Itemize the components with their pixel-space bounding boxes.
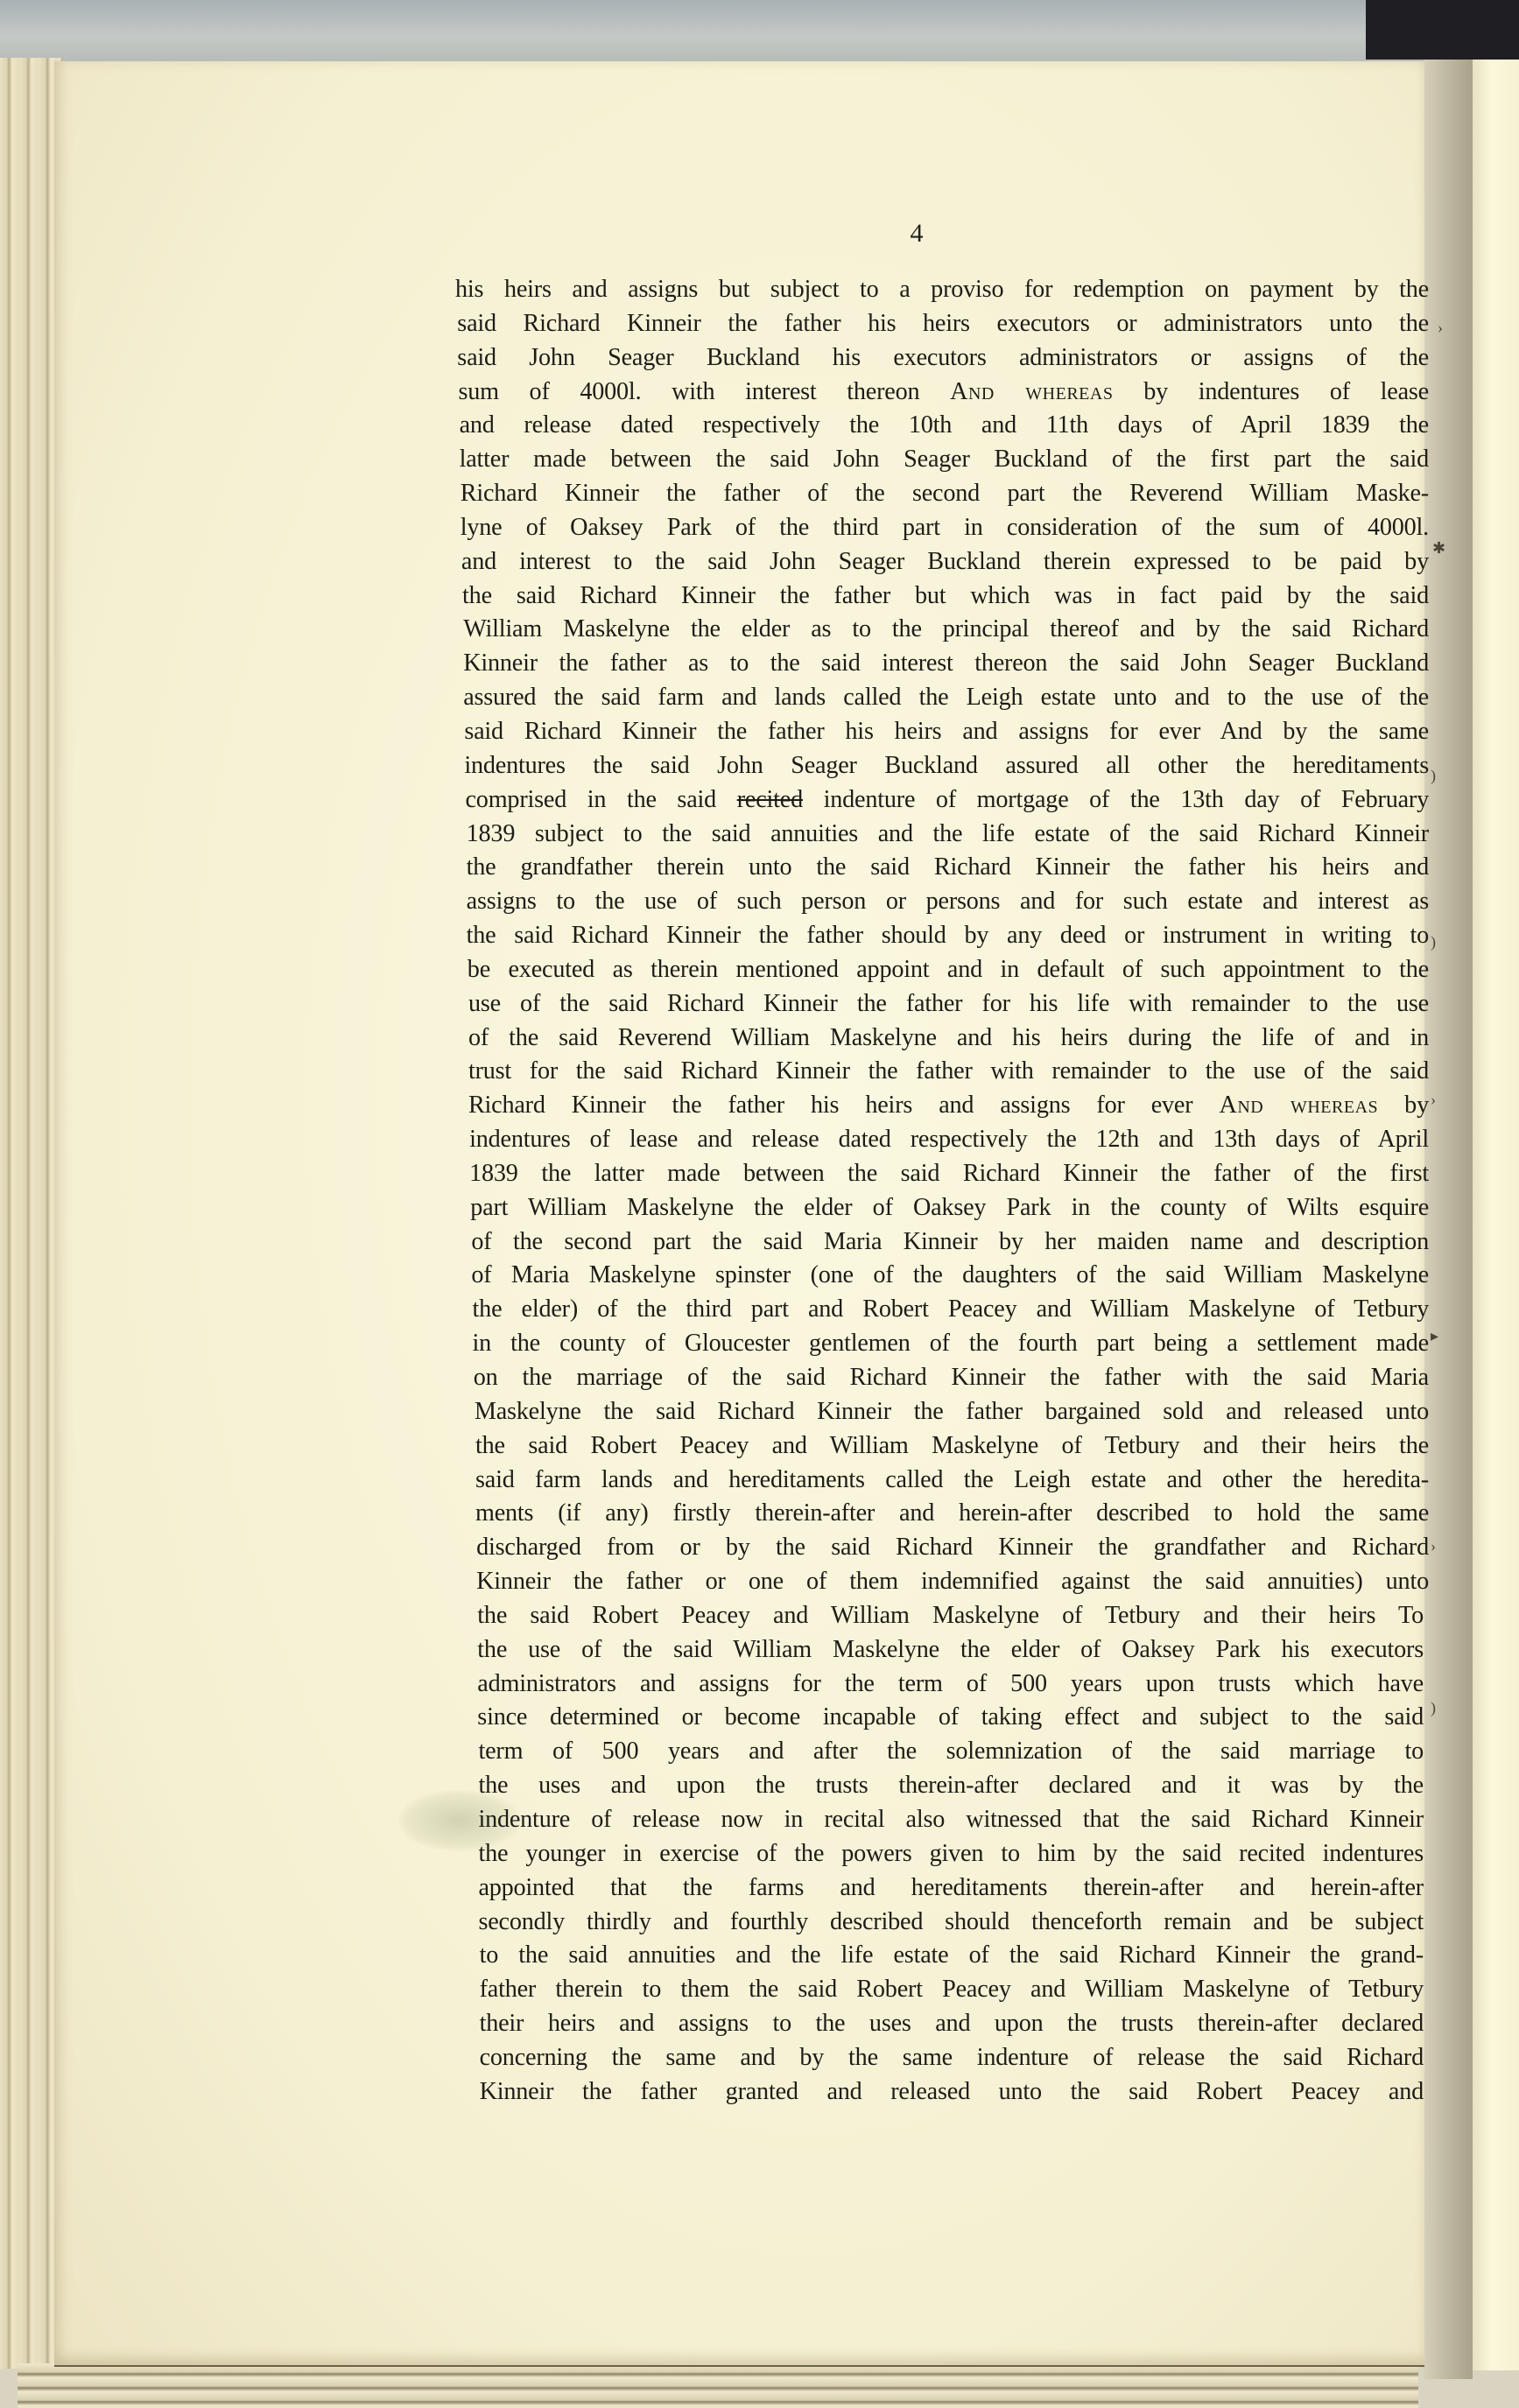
text-line: of the second part the said Maria Kinnei…: [471, 1225, 1429, 1260]
text-segment: the younger in exercise of the powers gi…: [478, 1840, 1424, 1867]
text-segment: assigns to the use of such person or per…: [467, 888, 1429, 915]
text-segment: said Richard Kinneir the father his heir…: [457, 310, 1429, 337]
text-segment: Kinneir the father or one of them indemn…: [476, 1568, 1429, 1595]
text-line: the elder) of the third part and Robert …: [473, 1293, 1429, 1327]
and-whereas-smallcaps: And whereas: [1219, 1092, 1378, 1119]
text-line: latter made between the said John Seager…: [460, 443, 1429, 477]
text-line: appointed that the farms and hereditamen…: [478, 1871, 1424, 1906]
text-line: indentures the said John Seager Buckland…: [464, 749, 1429, 783]
text-line: assigns to the use of such person or per…: [467, 885, 1429, 919]
text-segment: and interest to the said John Seager Buc…: [461, 548, 1429, 575]
text-line: concerning the same and by the same inde…: [480, 2041, 1424, 2075]
text-line: term of 500 years and after the solemniz…: [478, 1735, 1424, 1769]
text-segment: his heirs and assigns but subject to a p…: [455, 276, 1429, 303]
stitch-mark: ✱: [1432, 543, 1439, 553]
page-number: 4: [904, 219, 930, 249]
text-line: the said Richard Kinneir the father but …: [462, 579, 1429, 614]
text-segment: Kinneir the father granted and released …: [480, 2078, 1424, 2105]
text-segment: the said Robert Peacey and William Maske…: [475, 1432, 1429, 1459]
text-line: 1839 subject to the said annuities and t…: [467, 818, 1429, 852]
text-line: their heirs and assigns to the uses and …: [480, 2007, 1424, 2041]
text-line: trust for the said Richard Kinneir the f…: [468, 1055, 1429, 1089]
stitch-mark: ›: [1431, 1541, 1438, 1551]
text-segment: concerning the same and by the same inde…: [480, 2044, 1424, 2071]
text-segment: assured the said farm and lands called t…: [463, 684, 1429, 711]
text-line: the said Richard Kinneir the father shou…: [467, 919, 1429, 953]
text-segment: the use of the said William Maskelyne th…: [477, 1636, 1424, 1663]
text-line: Kinneir the father as to the said intere…: [463, 647, 1429, 681]
text-line: indentures of lease and release dated re…: [469, 1123, 1429, 1157]
text-line: indenture of release now in recital also…: [478, 1803, 1424, 1837]
text-line: since determined or become incapable of …: [477, 1701, 1424, 1735]
text-segment: part William Maskelyne the elder of Oaks…: [470, 1194, 1429, 1221]
text-segment: trust for the said Richard Kinneir the f…: [468, 1057, 1429, 1085]
text-segment: use of the said Richard Kinneir the fath…: [468, 990, 1429, 1017]
text-line: secondly thirdly and fourthly described …: [478, 1906, 1424, 1940]
and-whereas-smallcaps: And whereas: [950, 378, 1113, 405]
text-segment: Richard Kinneir the father of the second…: [461, 480, 1429, 507]
text-segment: latter made between the said John Seager…: [460, 446, 1429, 473]
text-segment: father therein to them the said Robert P…: [480, 1976, 1424, 2003]
stitch-mark: ›: [1438, 322, 1445, 333]
text-line: Kinneir the father granted and released …: [480, 2075, 1424, 2110]
text-line: the uses and upon the trusts therein-aft…: [478, 1769, 1424, 1803]
text-segment: said John Seager Buckland his executors …: [457, 344, 1429, 371]
text-line: his heirs and assigns but subject to a p…: [455, 273, 1429, 307]
text-segment: lyne of Oaksey Park of the third part in…: [461, 514, 1429, 541]
stitch-mark: ›: [1431, 1094, 1438, 1105]
text-segment: Kinneir the father as to the said intere…: [463, 649, 1429, 677]
text-segment: said Richard Kinneir the father his heir…: [464, 718, 1429, 745]
text-line: sum of 4000l. with interest thereon And …: [458, 376, 1429, 410]
scan-background-dark-corner: [1366, 0, 1519, 60]
text-line: in the county of Gloucester gentlemen of…: [473, 1327, 1429, 1361]
text-segment: William Maskelyne the elder as to the pr…: [463, 615, 1429, 642]
text-line: the younger in exercise of the powers gi…: [478, 1837, 1424, 1871]
text-segment: and release dated respectively the 10th …: [460, 411, 1429, 439]
text-line: and release dated respectively the 10th …: [460, 409, 1429, 443]
text-segment: 1839 subject to the said annuities and t…: [467, 820, 1429, 847]
text-segment: by indentures of lease: [1113, 378, 1429, 405]
struck-word: recited: [737, 786, 803, 813]
text-line: part William Maskelyne the elder of Oaks…: [470, 1191, 1429, 1225]
text-segment: comprised in the said: [466, 786, 737, 813]
page-stack-left-edge: [0, 58, 62, 2369]
text-line: said farm lands and hereditaments called…: [475, 1464, 1429, 1498]
text-segment: indentures the said John Seager Buckland…: [464, 752, 1429, 779]
text-line: discharged from or by the said Richard K…: [476, 1531, 1429, 1565]
text-segment: the elder) of the third part and Robert …: [473, 1295, 1429, 1323]
text-line: Kinneir the father or one of them indemn…: [476, 1565, 1429, 1599]
stitch-mark: ): [1431, 1702, 1438, 1713]
text-segment: appointed that the farms and hereditamen…: [478, 1874, 1424, 1901]
text-line: assured the said farm and lands called t…: [463, 681, 1429, 715]
text-line: to the said annuities and the life estat…: [480, 1939, 1424, 1973]
text-line: said Richard Kinneir the father his heir…: [457, 307, 1429, 341]
text-segment: by: [1378, 1092, 1429, 1119]
stitch-mark: ): [1431, 937, 1438, 947]
text-line: Richard Kinneir the father his heirs and…: [468, 1089, 1429, 1123]
text-line: and interest to the said John Seager Buc…: [461, 545, 1429, 579]
text-segment: ments (if any) firstly therein-after and…: [475, 1499, 1429, 1527]
page-stack-bottom-edge: [18, 2363, 1418, 2408]
text-line: Maskelyne the said Richard Kinneir the f…: [475, 1395, 1429, 1429]
text-segment: said farm lands and hereditaments called…: [475, 1466, 1429, 1493]
text-line: the grandfather therein unto the said Ri…: [467, 851, 1429, 885]
text-segment: secondly thirdly and fourthly described …: [478, 1908, 1424, 1935]
text-line: 1839 the latter made between the said Ri…: [469, 1157, 1429, 1191]
text-line: said John Seager Buckland his executors …: [457, 341, 1429, 376]
text-line: use of the said Richard Kinneir the fath…: [468, 987, 1429, 1021]
text-segment: be executed as therein mentioned appoint…: [468, 956, 1429, 983]
text-segment: of the second part the said Maria Kinnei…: [471, 1228, 1429, 1255]
text-line: William Maskelyne the elder as to the pr…: [463, 613, 1429, 647]
text-segment: the said Richard Kinneir the father but …: [462, 582, 1429, 609]
text-segment: the uses and upon the trusts therein-aft…: [478, 1772, 1424, 1799]
text-segment: indenture of mortgage of the 13th day of…: [803, 786, 1429, 813]
text-segment: the grandfather therein unto the said Ri…: [467, 853, 1429, 881]
text-segment: of the said Reverend William Maskelyne a…: [468, 1024, 1429, 1051]
text-segment: indenture of release now in recital also…: [478, 1806, 1424, 1833]
text-segment: their heirs and assigns to the uses and …: [480, 2010, 1424, 2037]
stitch-mark: ): [1431, 770, 1438, 781]
text-segment: 1839 the latter made between the said Ri…: [469, 1160, 1429, 1187]
text-line: the said Robert Peacey and William Maske…: [477, 1599, 1424, 1633]
stitch-mark: ▸: [1431, 1330, 1438, 1341]
text-line: of Maria Maskelyne spinster (one of the …: [471, 1259, 1429, 1293]
text-line: lyne of Oaksey Park of the third part in…: [461, 511, 1429, 545]
scan-background-top: [0, 0, 1436, 61]
text-line: ments (if any) firstly therein-after and…: [475, 1497, 1429, 1531]
text-segment: the said Robert Peacey and William Maske…: [477, 1602, 1424, 1629]
body-text: his heirs and assigns but subject to a p…: [455, 273, 1429, 2110]
text-segment: indentures of lease and release dated re…: [469, 1126, 1429, 1153]
text-segment: the said Richard Kinneir the father shou…: [467, 922, 1429, 949]
text-line: of the said Reverend William Maskelyne a…: [468, 1021, 1429, 1056]
text-segment: to the said annuities and the life estat…: [480, 1941, 1424, 1969]
text-line: on the marriage of the said Richard Kinn…: [474, 1361, 1429, 1395]
text-line: the said Robert Peacey and William Maske…: [475, 1429, 1429, 1464]
text-segment: Richard Kinneir the father his heirs and…: [468, 1092, 1220, 1119]
text-line: Richard Kinneir the father of the second…: [461, 477, 1429, 511]
text-segment: in the county of Gloucester gentlemen of…: [473, 1330, 1429, 1357]
text-segment: of Maria Maskelyne spinster (one of the …: [471, 1261, 1429, 1288]
text-segment: discharged from or by the said Richard K…: [476, 1534, 1429, 1561]
text-line: administrators and assigns for the term …: [477, 1667, 1424, 1702]
text-segment: on the marriage of the said Richard Kinn…: [474, 1364, 1429, 1391]
text-line: father therein to them the said Robert P…: [480, 1973, 1424, 2007]
text-line: said Richard Kinneir the father his heir…: [464, 715, 1429, 749]
text-segment: Maskelyne the said Richard Kinneir the f…: [475, 1398, 1429, 1425]
text-segment: sum of 4000l. with interest thereon: [458, 378, 950, 405]
facing-page-edge: [1473, 60, 1519, 2370]
text-segment: administrators and assigns for the term …: [477, 1670, 1424, 1697]
text-segment: term of 500 years and after the solemniz…: [478, 1738, 1424, 1765]
binding-gutter: [1424, 60, 1473, 2379]
text-segment: since determined or become incapable of …: [477, 1703, 1424, 1731]
text-line: be executed as therein mentioned appoint…: [468, 953, 1429, 987]
text-line: the use of the said William Maskelyne th…: [477, 1633, 1424, 1667]
text-line: comprised in the said recited indenture …: [466, 783, 1430, 818]
